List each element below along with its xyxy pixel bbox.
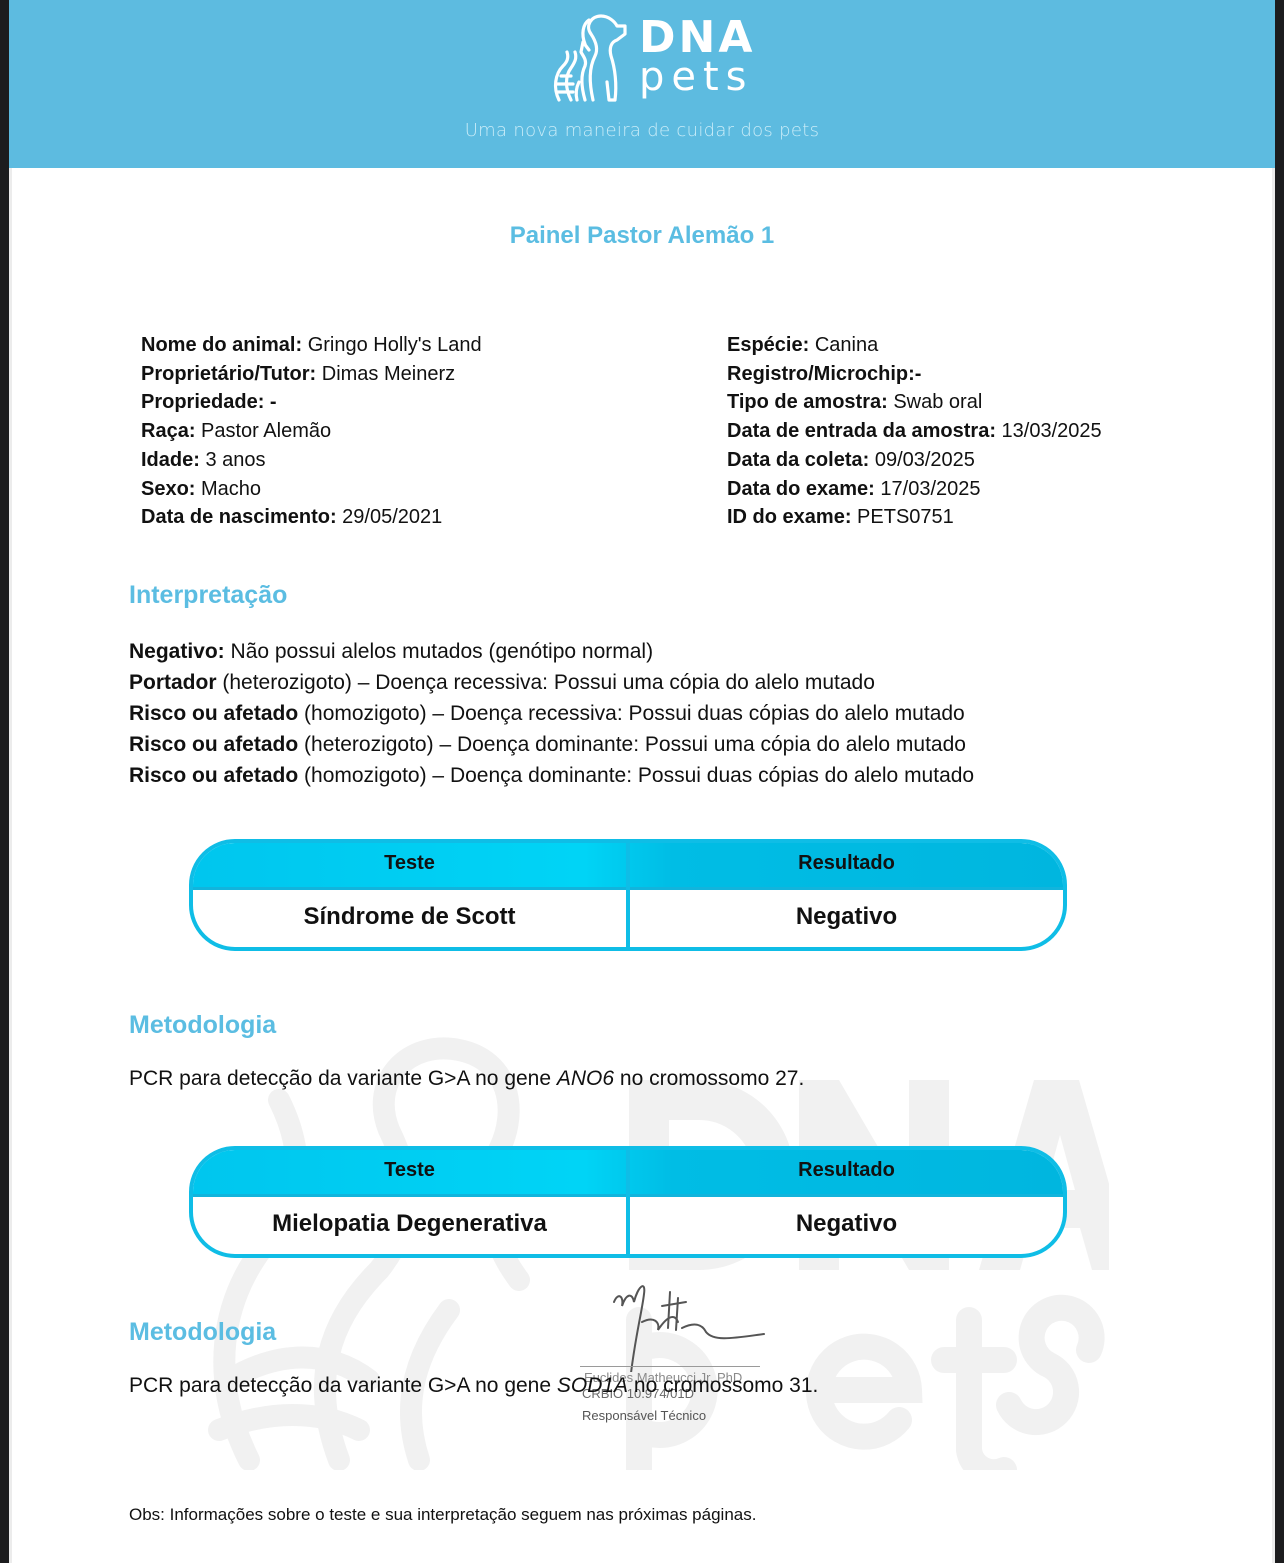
gene-name: SOD1A (557, 1374, 628, 1397)
interpretation-line: Risco ou afetado (homozigoto) – Doença d… (129, 760, 974, 791)
methodology-text-start: PCR para detecção da variante G>A no gen… (129, 1067, 557, 1090)
column-header-test: Teste (193, 1159, 626, 1182)
interpretation-term: Risco ou afetado (129, 733, 298, 756)
handwritten-signature-icon (574, 1272, 794, 1372)
info-label: Raça: (141, 420, 195, 442)
methodology-text-end: no cromossomo 31. (628, 1374, 818, 1397)
interpretation-term: Risco ou afetado (129, 764, 298, 787)
info-value: 17/03/2025 (875, 478, 981, 500)
column-header-test: Teste (193, 852, 626, 875)
info-label: Registro/Microchip:- (727, 363, 921, 385)
info-value: 3 anos (200, 449, 266, 471)
info-row-owner: Proprietário/Tutor: Dimas Meinerz (141, 360, 482, 389)
brand-logo: DNA pets (545, 12, 755, 108)
info-row-collection-date: Data da coleta: 09/03/2025 (727, 446, 1102, 475)
gene-name: ANO6 (557, 1067, 614, 1090)
footer-note: Obs: Informações sobre o teste e sua int… (129, 1505, 756, 1525)
info-label: Idade: (141, 449, 200, 471)
info-value: 29/05/2021 (337, 506, 443, 528)
interpretation-term: Risco ou afetado (129, 702, 298, 725)
info-label: Sexo: (141, 478, 195, 500)
info-row-sample-type: Tipo de amostra: Swab oral (727, 388, 1102, 417)
test-name: Síndrome de Scott (193, 903, 626, 931)
test-result: Negativo (630, 1210, 1063, 1238)
info-value: Gringo Holly's Land (302, 334, 481, 356)
info-value: Dimas Meinerz (316, 363, 455, 385)
signature-block: Euclides Matheucci Jr. PhD CRBIO 10.974/… (574, 1272, 794, 1432)
methodology-heading: Metodologia (129, 1318, 276, 1347)
info-row-species: Espécie: Canina (727, 331, 1102, 360)
info-value: PETS0751 (851, 506, 953, 528)
animal-info-right: Espécie: Canina Registro/Microchip:- Tip… (727, 331, 1102, 532)
test-name: Mielopatia Degenerativa (193, 1210, 626, 1238)
info-row-sex: Sexo: Macho (141, 475, 482, 504)
interpretation-text: (heterozigoto) – Doença dominante: Possu… (298, 733, 966, 756)
info-label: Proprietário/Tutor: (141, 363, 316, 385)
info-label: Espécie: (727, 334, 809, 356)
info-value: 13/03/2025 (996, 420, 1102, 442)
interpretation-text: (homozigoto) – Doença recessiva: Possui … (298, 702, 965, 725)
methodology-text: PCR para detecção da variante G>A no gen… (129, 1374, 818, 1398)
info-row-animal-name: Nome do animal: Gringo Holly's Land (141, 331, 482, 360)
info-value: Swab oral (888, 391, 983, 413)
info-label: Data da coleta: (727, 449, 869, 471)
info-label: Tipo de amostra: (727, 391, 888, 413)
column-header-result: Resultado (630, 852, 1063, 875)
info-label: ID do exame: (727, 506, 851, 528)
interpretation-text: Não possui alelos mutados (genótipo norm… (225, 640, 653, 663)
interpretation-line: Portador (heterozigoto) – Doença recessi… (129, 667, 974, 698)
interpretation-list: Negativo: Não possui alelos mutados (gen… (129, 636, 974, 791)
signature-line (580, 1366, 760, 1367)
interpretation-line: Risco ou afetado (heterozigoto) – Doença… (129, 729, 974, 760)
info-value: Canina (809, 334, 878, 356)
info-value: Macho (195, 478, 261, 500)
info-label: Data de nascimento: (141, 506, 337, 528)
info-row-exam-date: Data do exame: 17/03/2025 (727, 475, 1102, 504)
interpretation-term: Negativo: (129, 640, 225, 663)
info-row-microchip: Registro/Microchip:- (727, 360, 1102, 389)
info-value: Pastor Alemão (195, 420, 331, 442)
info-value: 09/03/2025 (869, 449, 975, 471)
page-edge-shadow (9, 168, 12, 1563)
info-row-sample-entry-date: Data de entrada da amostra: 13/03/2025 (727, 417, 1102, 446)
brand-name-line2: pets (639, 54, 754, 100)
signer-role: Responsável Técnico (582, 1408, 706, 1423)
info-row-age: Idade: 3 anos (141, 446, 482, 475)
animal-info-left: Nome do animal: Gringo Holly's Land Prop… (141, 331, 482, 532)
dog-cat-dna-icon (545, 12, 637, 108)
interpretation-text: (homozigoto) – Doença dominante: Possui … (298, 764, 974, 787)
methodology-text-end: no cromossomo 27. (614, 1067, 804, 1090)
info-row-property: Propriedade: - (141, 388, 482, 417)
info-row-breed: Raça: Pastor Alemão (141, 417, 482, 446)
interpretation-line: Negativo: Não possui alelos mutados (gen… (129, 636, 974, 667)
column-header-result: Resultado (630, 1159, 1063, 1182)
header-banner: DNA pets Uma nova maneira de cuidar dos … (9, 0, 1275, 168)
methodology-text-start: PCR para detecção da variante G>A no gen… (129, 1374, 557, 1397)
page-edge-shadow (1272, 168, 1275, 1563)
interpretation-heading: Interpretação (129, 581, 287, 610)
info-row-birth-date: Data de nascimento: 29/05/2021 (141, 503, 482, 532)
result-table-degenerative-myelopathy: Teste Resultado Mielopatia Degenerativa … (189, 1146, 1067, 1258)
info-label: Data do exame: (727, 478, 875, 500)
brand-tagline: Uma nova maneira de cuidar dos pets (9, 120, 1275, 141)
methodology-heading: Metodologia (129, 1011, 276, 1040)
methodology-text: PCR para detecção da variante G>A no gen… (129, 1067, 804, 1091)
interpretation-text: (heterozigoto) – Doença recessiva: Possu… (217, 671, 875, 694)
report-page: DNA pets Uma nova maneira de cuidar dos … (9, 0, 1275, 1563)
info-label: Data de entrada da amostra: (727, 420, 996, 442)
report-title: Painel Pastor Alemão 1 (9, 222, 1275, 250)
interpretation-term: Portador (129, 671, 217, 694)
test-result: Negativo (630, 903, 1063, 931)
interpretation-line: Risco ou afetado (homozigoto) – Doença r… (129, 698, 974, 729)
result-table-scott-syndrome: Teste Resultado Síndrome de Scott Negati… (189, 839, 1067, 951)
info-label: Nome do animal: (141, 334, 302, 356)
info-label: Propriedade: - (141, 391, 277, 413)
info-row-exam-id: ID do exame: PETS0751 (727, 503, 1102, 532)
